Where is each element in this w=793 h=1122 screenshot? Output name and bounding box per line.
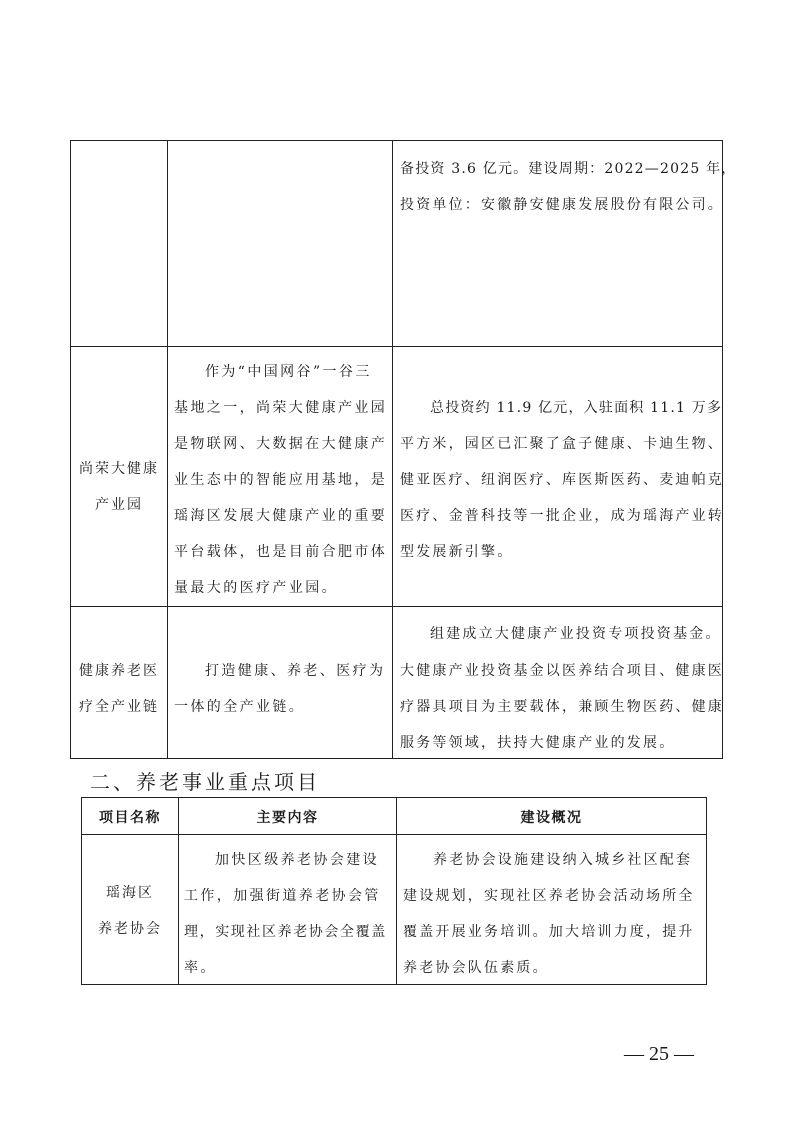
column-header-overview: 建设概况 <box>397 807 706 827</box>
overview-line: 养老协会队伍素质。 <box>403 957 549 977</box>
project-name: 疗全产业链 <box>78 696 160 716</box>
content-line: 率。 <box>184 957 217 977</box>
content-line: 工作，加强街道养老协会管 <box>184 885 381 905</box>
project-name: 健康养老医 <box>78 660 160 680</box>
content-line: 是物联网、大数据在大健康产 <box>174 433 387 453</box>
page-number: — 25 — <box>624 1043 694 1066</box>
project-name: 养老协会 <box>82 918 178 938</box>
content-line: 量最大的医疗产业园。 <box>174 577 338 597</box>
content-line: 作为“中国网谷”一谷三 <box>205 361 372 381</box>
content-line: 理，实现社区养老协会全覆盖 <box>184 921 387 941</box>
project-name: 瑶海区 <box>82 882 178 902</box>
overview-line: 总投资约 11.9 亿元，入驻面积 11.1 万多 <box>430 397 722 417</box>
content-line: 瑶海区发展大健康产业的重要 <box>174 505 387 525</box>
overview-line: 建设规划，实现社区养老协会活动场所全 <box>403 885 695 905</box>
content-line: 一体的全产业链。 <box>174 696 305 716</box>
overview-line: 大健康产业投资基金以医养结合项目、健康医 <box>400 660 724 680</box>
overview-line: 疗器具项目为主要载体，兼顾生物医药、健康 <box>400 696 724 716</box>
overview-line: 备投资 3.6 亿元。建设周期：2022—2025 年， <box>400 158 736 178</box>
overview-line: 型发展新引擎。 <box>400 541 513 561</box>
overview-line: 平方米，园区已汇聚了盒子健康、卡迪生物、 <box>400 433 724 453</box>
column-header-main-content: 主要内容 <box>179 807 396 827</box>
content-line: 加快区级养老协会建设 <box>215 849 379 869</box>
overview-line: 覆盖开展业务培训。加大培训力度，提升 <box>403 921 695 941</box>
project-name: 产业园 <box>78 494 160 514</box>
content-line: 平台载体，也是目前合肥市体 <box>174 541 387 561</box>
overview-line: 养老协会设施建设纳入城乡社区配套 <box>433 849 692 869</box>
column-divider <box>392 140 393 759</box>
section-heading: 二、养老事业重点项目 <box>90 766 320 795</box>
header-divider <box>81 834 707 835</box>
table-border-right <box>706 797 707 985</box>
column-header-project-name: 项目名称 <box>82 807 178 827</box>
project-name: 尚荣大健康 <box>78 458 160 478</box>
table-border-top <box>81 797 707 798</box>
overview-line: 组建成立大健康产业投资专项投资基金。 <box>430 623 722 643</box>
overview-line: 服务等领域，扶持大健康产业的发展。 <box>400 732 675 752</box>
overview-line: 医疗、金普科技等一批企业，成为瑶海产业转 <box>400 505 724 525</box>
content-line: 基地之一，尚荣大健康产业园 <box>174 397 387 417</box>
table-border-left <box>70 140 71 759</box>
content-line: 打造健康、养老、医疗为 <box>205 660 385 680</box>
column-divider <box>167 140 168 759</box>
overview-line: 投资单位：安徽静安健康发展股份有限公司。 <box>400 194 724 214</box>
table-border-bottom <box>81 984 707 985</box>
overview-line: 健亚医疗、纽润医疗、库医斯医药、麦迪帕克 <box>400 469 724 489</box>
content-line: 业生态中的智能应用基地，是 <box>174 469 387 489</box>
